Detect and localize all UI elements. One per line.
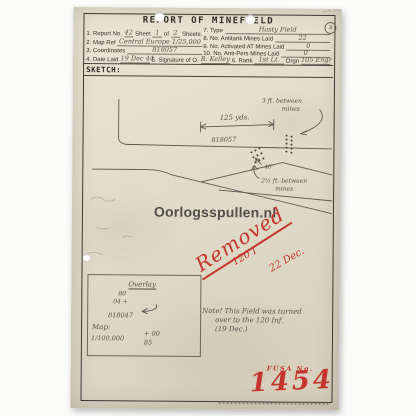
overlay-number-mid: 04 + (113, 298, 128, 305)
minefield-report-document: REPORT OF MINEFIELD 3 7. Type Hasty Fiel… (70, 7, 341, 410)
overlay-title: Overlay (128, 280, 156, 289)
sheets-label: Sheets. (182, 31, 202, 37)
spacing-bottom-label-1: 2½ ft. between (260, 177, 307, 184)
orgn-value: 105 Engr (301, 56, 330, 64)
spacing-top-label-1: 3 ft. between (262, 97, 302, 104)
reproduction-fine-print (218, 402, 328, 405)
transfer-note: Note! This Field was turned over to the … (202, 307, 302, 335)
punch-hole-top-right (245, 14, 255, 24)
overlay-coordinate: 818047 (108, 311, 133, 319)
sketch-coordinate-label: 818057 (211, 135, 237, 144)
sketch-section-label: SKETCH: (86, 65, 121, 74)
corner-pencil-mark (334, 9, 341, 11)
arrow-bottom-spacing (251, 165, 259, 178)
dimension-40ft-label: 40' (263, 164, 273, 170)
mine-dots-right-cluster (285, 135, 292, 154)
overlay-arrow (132, 301, 160, 315)
overlay-sketch-box: Overlay 80 04 + 818047 Map: 1/100,000 + … (87, 274, 202, 357)
fusa-number-value: 1454 (249, 367, 334, 397)
field-report-no: 1. Report No. 42 Sheet 1 of 2 Sheets. (86, 29, 202, 38)
report-no-label: 1. Report No. (86, 31, 122, 37)
spacing-bottom-label-2: mines (275, 186, 293, 193)
field-coordinates: 3. Coordinates 818057 (86, 46, 202, 55)
overlay-number-top: 80 (118, 290, 126, 297)
spacing-top-label-2: mines (282, 106, 300, 113)
signature-value: B. Kelley (201, 55, 230, 63)
punch-hole-top-left (154, 12, 164, 22)
coordinates-value: 818057 (127, 46, 202, 55)
sheet-value: 1 (153, 29, 162, 37)
corner-pencil-mark (322, 10, 331, 13)
date-laid-value: 19 Dec 44 (121, 55, 150, 63)
coordinates-label: 3. Coordinates (86, 48, 125, 54)
overlay-map-scale: 1/100,000 (91, 334, 124, 342)
arrow-top-spacing (301, 110, 323, 135)
photo-canvas: { "photo": { "watermark": "Oorlogsspulle… (0, 0, 416, 416)
stray-pencil-scribbles (89, 197, 132, 255)
overlay-grid-easting: + 00 (144, 330, 160, 338)
note-line-3: (19 Dec.) (215, 325, 302, 335)
sheet-label: Sheet (135, 31, 151, 37)
dimension-line-125yds (201, 124, 274, 128)
dimension-125yds-label: 125 yds. (220, 113, 250, 122)
overlay-map-label: Map: (92, 323, 110, 331)
report-no-value: 42 (124, 29, 133, 37)
arrow-40ft (255, 158, 261, 164)
overlay-grid-northing: 85 (144, 339, 152, 347)
rank-value: 1st Lt. (254, 56, 283, 64)
of-label: of (164, 31, 169, 37)
sheets-total-value: 2 (171, 29, 180, 37)
